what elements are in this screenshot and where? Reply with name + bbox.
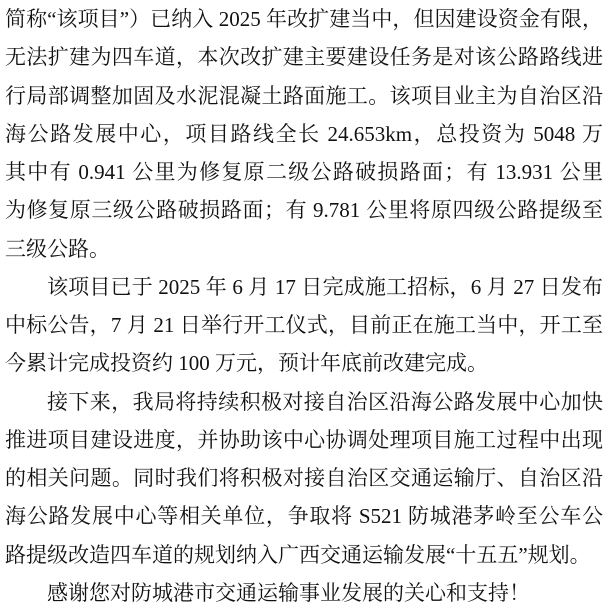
text-line-p1-l3: 行局部调整加固及水泥混凝土路面施工。该项目业主为自治区沿 [5,77,603,115]
text-line-p1-l4: 海公路发展中心，项目路线全长 24.653km，总投资为 5048 万元， [5,115,603,153]
text-line-p1-l1: 简称“该项目”）已纳入 2025 年改扩建当中，但因建设资金有限， [5,0,603,38]
text-line-p3-l2: 推进项目建设进度，并协助该中心协调处理项目施工过程中出现 [5,421,603,459]
document-body: 简称“该项目”）已纳入 2025 年改扩建当中，但因建设资金有限，无法扩建为四车… [5,0,603,612]
text-line-p1-l5: 其中有 0.941 公里为修复原二级公路破损路面；有 13.931 公里 [5,153,603,191]
text-line-p1-l7: 三级公路。 [5,230,603,268]
text-line-p3-l5: 路提级改造四车道的规划纳入广西交通运输发展“十五五”规划。 [5,536,603,574]
text-line-p1-l6: 为修复原三级公路破损路面；有 9.781 公里将原四级公路提级至 [5,191,603,229]
text-line-p2-l3: 今累计完成投资约 100 万元，预计年底前改建完成。 [5,344,603,382]
text-line-p1-l2: 无法扩建为四车道，本次改扩建主要建设任务是对该公路路线进 [5,38,603,76]
text-line-p2-l2: 中标公告，7 月 21 日举行开工仪式，目前正在施工当中，开工至 [5,306,603,344]
text-line-p4-l1: 感谢您对防城港市交通运输事业发展的关心和支持！ [5,574,603,612]
text-line-p3-l3: 的相关问题。同时我们将积极对接自治区交通运输厅、自治区沿 [5,459,603,497]
text-line-p3-l4: 海公路发展中心等相关单位，争取将 S521 防城港茅岭至公车公 [5,497,603,535]
text-line-p3-l1: 接下来，我局将持续积极对接自治区沿海公路发展中心加快 [5,383,603,421]
text-line-p2-l1: 该项目已于 2025 年 6 月 17 日完成施工招标，6 月 27 日发布 [5,268,603,306]
document-page: 简称“该项目”）已纳入 2025 年改扩建当中，但因建设资金有限，无法扩建为四车… [0,0,609,612]
